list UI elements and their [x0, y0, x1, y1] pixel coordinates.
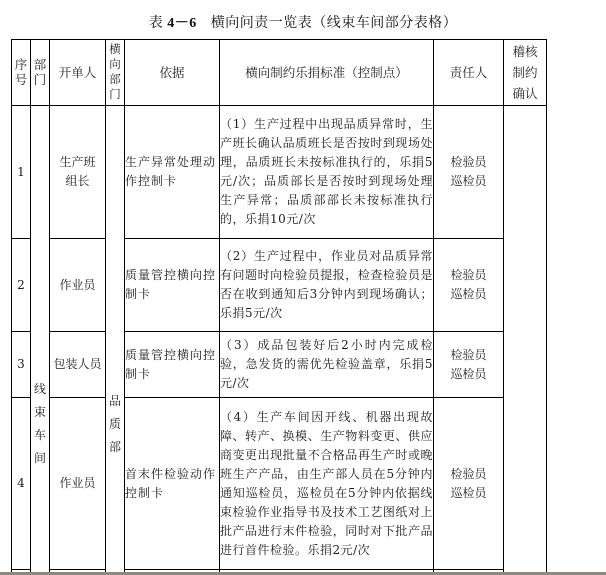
table-title-text: 横向问责一览表（线束车间部分表格）	[211, 15, 458, 31]
row-index: 4	[12, 398, 31, 570]
department-cell: 线束车间	[31, 106, 50, 575]
row-index: 3	[12, 332, 31, 398]
issuer-cell: 包装人员	[50, 332, 106, 398]
table-row: 4 作业员 首末件检验动作控制卡 （4）生产车间因开线、机器出现故障、转产、换模…	[12, 398, 547, 570]
basis-cell: 生产异常处理动作控制卡	[125, 106, 220, 239]
standard-cell: （2）生产过程中，作业员对品质异常有问题时向检验员提报，检查检验员是否在收到通知…	[220, 239, 434, 332]
responsible-cell: 检验员巡检员	[434, 332, 504, 398]
issuer-cell: 作业员	[50, 398, 106, 570]
table-title: 表4－6横向问责一览表（线束车间部分表格）	[0, 12, 606, 32]
issuer-cell: 生产班组长	[50, 106, 106, 239]
row-index: 1	[12, 106, 31, 239]
table-number: 4－6	[167, 16, 197, 31]
standard-cell: （3）成品包装好后2小时内完成检验，急发货的需优先检验盖章，乐捐5元/次	[220, 332, 434, 398]
header-basis: 依据	[125, 40, 220, 106]
standard-cell: （1）生产过程中出现品质异常时，生产班长确认品质班长是否按时到现场处理，品质班长…	[220, 106, 434, 239]
header-standard: 横向制约乐捐标准（控制点）	[220, 40, 434, 106]
issuer-cell: 作业员	[50, 239, 106, 332]
table-row: 3 包装人员 质量管控横向控制卡 （3）成品包装好后2小时内完成检验，急发货的需…	[12, 332, 547, 398]
responsible-cell: 检验员巡检员	[434, 398, 504, 570]
header-issuer: 开单人	[50, 40, 106, 106]
table-title-prefix: 表	[149, 15, 164, 31]
header-index: 序号	[12, 40, 31, 106]
audit-cell	[504, 106, 547, 575]
standard-cell: （4）生产车间因开线、机器出现故障、转产、换模、生产物料变更、供应商变更出现批量…	[220, 398, 434, 570]
basis-cell: 质量管控横向控制卡	[125, 239, 220, 332]
responsible-cell: 检验员巡检员	[434, 239, 504, 332]
table-row: 2 作业员 质量管控横向控制卡 （2）生产过程中，作业员对品质异常有问题时向检验…	[12, 239, 547, 332]
responsible-cell: 检验员巡检员	[434, 106, 504, 239]
header-row: 序号 部门 开单人 横向部门 依据 横向制约乐捐标准（控制点） 责任人 稽核制约…	[12, 40, 547, 106]
basis-cell: 首末件检验动作控制卡	[125, 398, 220, 570]
header-lateral-department: 横向部门	[106, 40, 125, 106]
basis-cell: 质量管控横向控制卡	[125, 332, 220, 398]
header-department: 部门	[31, 40, 50, 106]
header-audit: 稽核制约确认	[504, 40, 547, 106]
header-responsible: 责任人	[434, 40, 504, 106]
accountability-table: 序号 部门 开单人 横向部门 依据 横向制约乐捐标准（控制点） 责任人 稽核制约…	[11, 39, 547, 575]
lateral-department-cell: 品质部	[106, 106, 125, 575]
row-index: 2	[12, 239, 31, 332]
table-row: 1 线束车间 生产班组长 品质部 生产异常处理动作控制卡 （1）生产过程中出现品…	[12, 106, 547, 239]
